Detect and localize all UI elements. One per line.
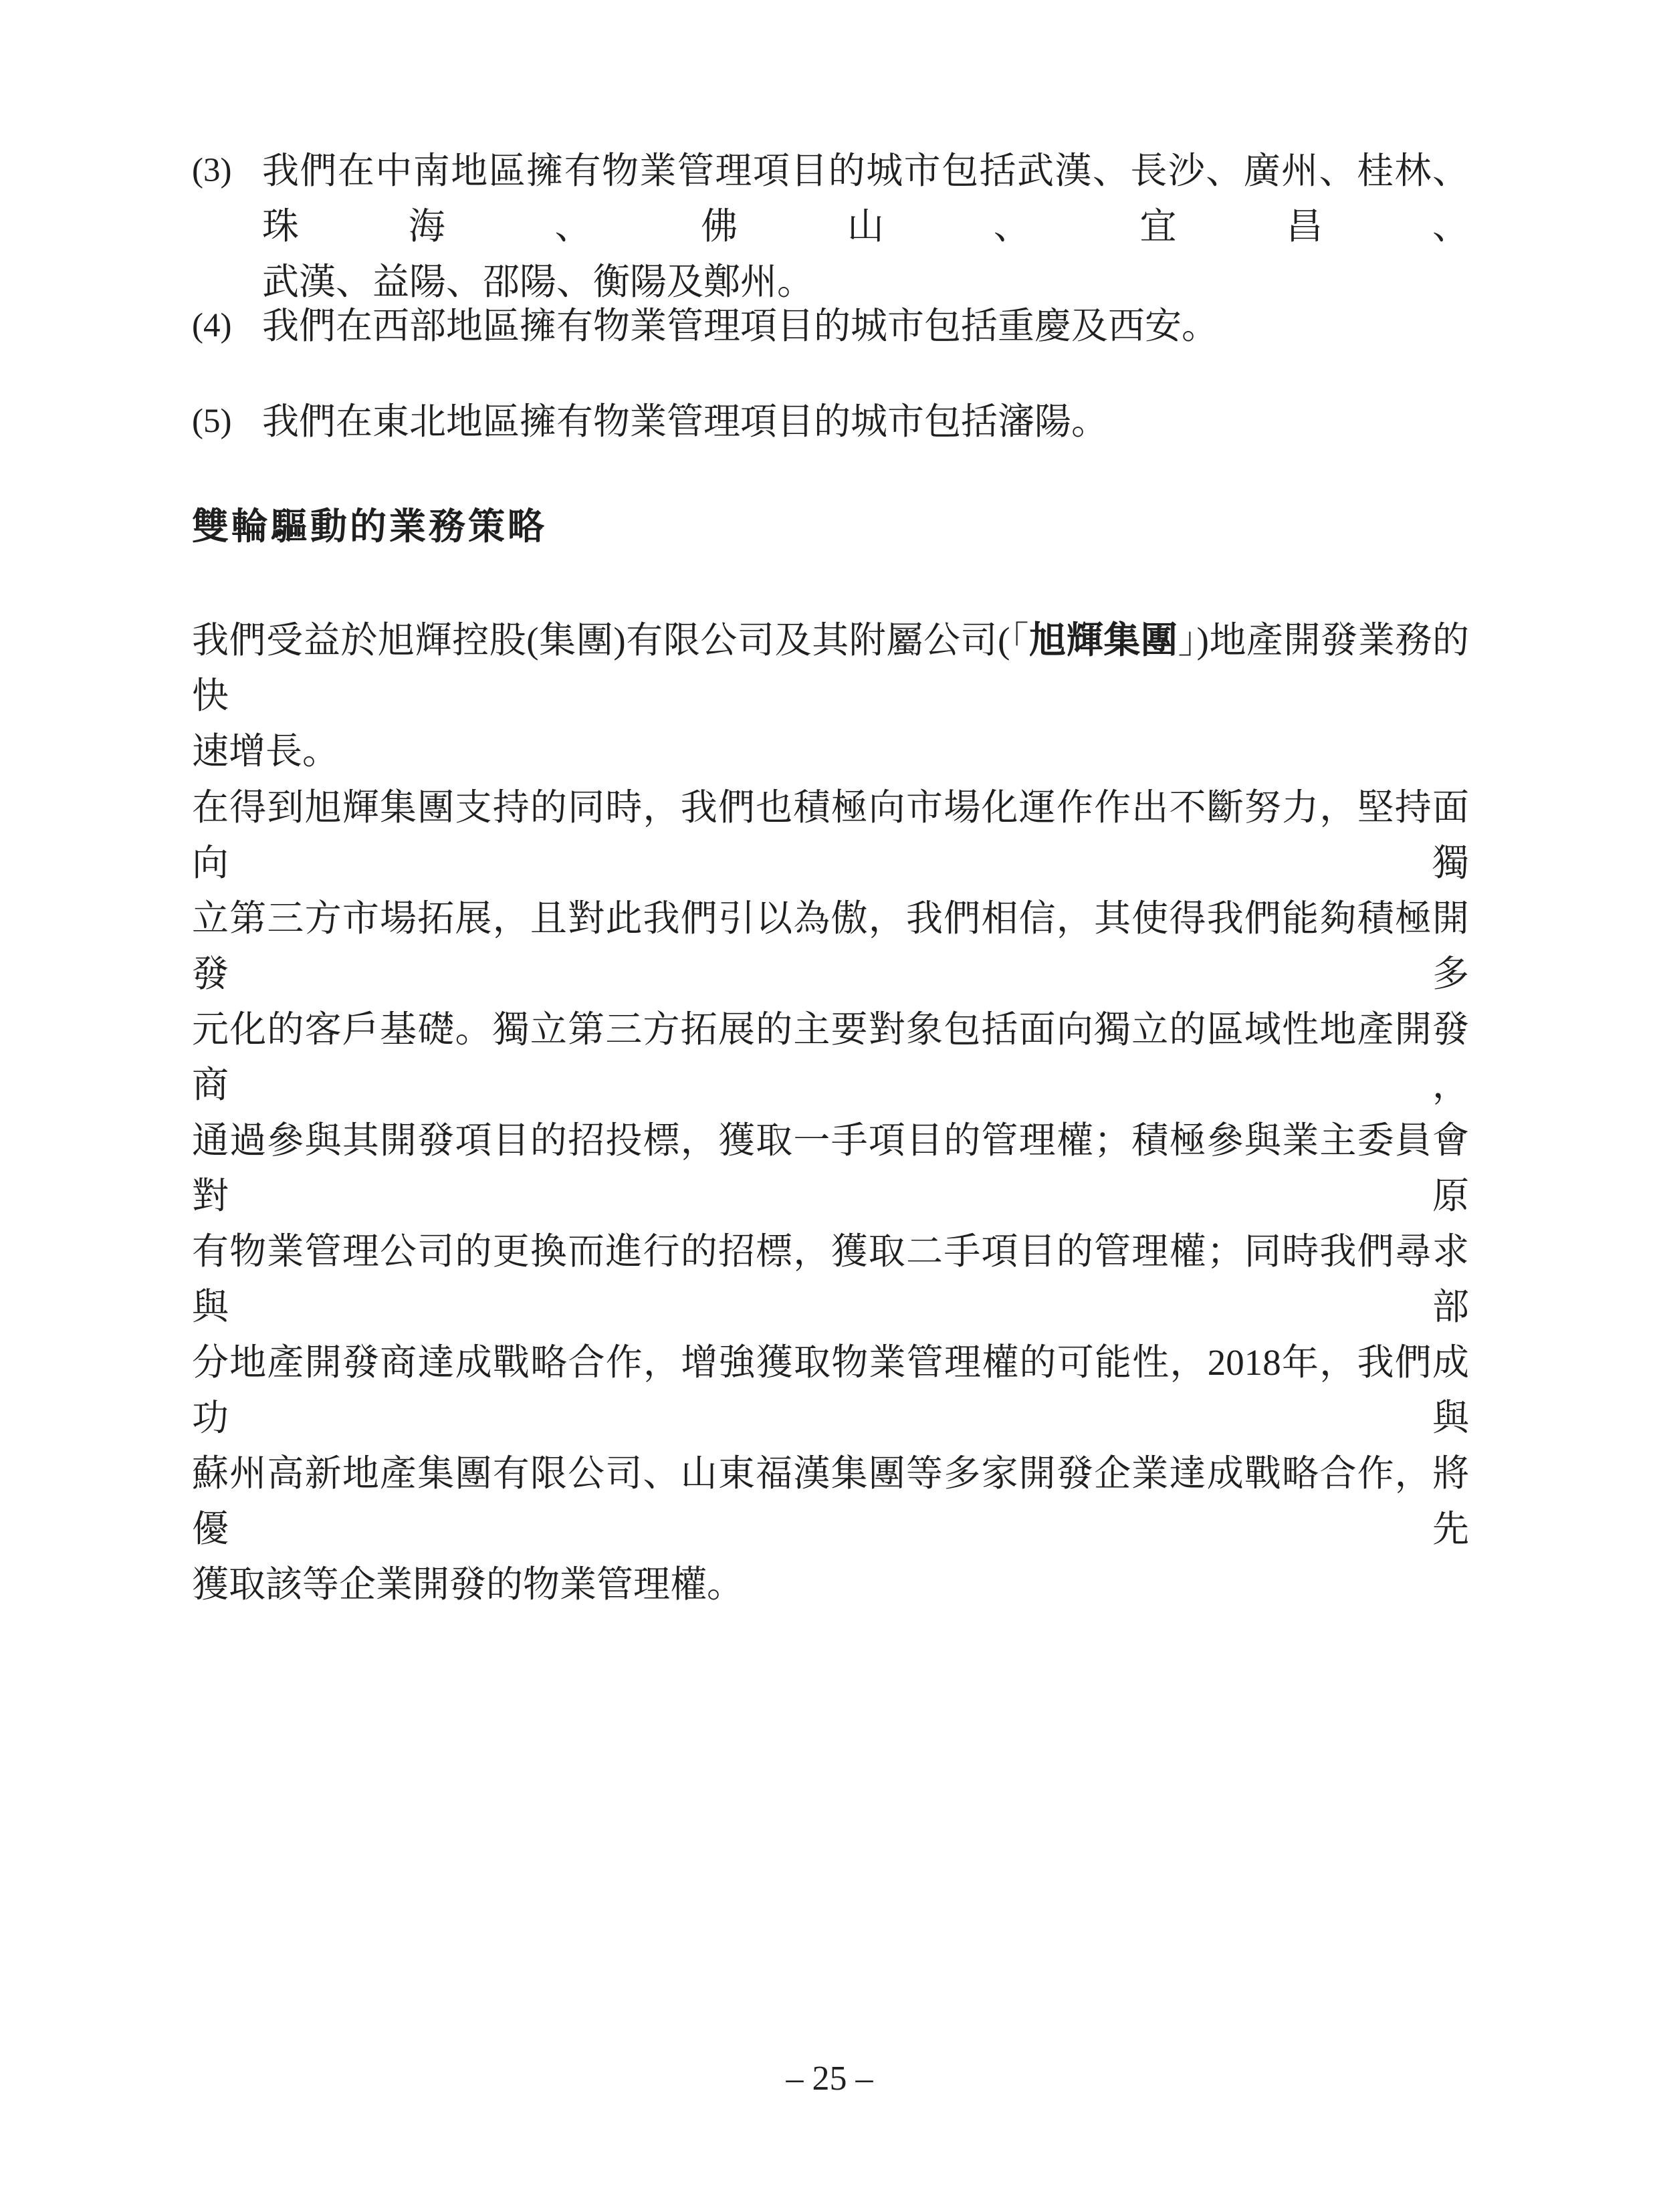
list-item-5-line-1: 我們在東北地區擁有物業管理項目的城市包括瀋陽。 <box>262 394 1469 449</box>
strategy-paragraph: 在得到旭輝集團支持的同時，我們也積極向市場化運作作出不斷努力，堅持面向獨 立第三… <box>192 780 1469 1612</box>
strategy-line-1: 在得到旭輝集團支持的同時，我們也積極向市場化運作作出不斷努力，堅持面向獨 <box>192 780 1469 891</box>
list-item-3-text: 我們在中南地區擁有物業管理項目的城市包括武漢、長沙、廣州、桂林、珠海、佛山、宜昌… <box>262 143 1469 310</box>
intro-line1-pre: 我們受益於旭輝控股(集團)有限公司及其附屬公司(「 <box>192 620 1029 661</box>
list-item-4-text: 我們在西部地區擁有物業管理項目的城市包括重慶及西安。 <box>262 298 1469 354</box>
list-item-5: (5) 我們在東北地區擁有物業管理項目的城市包括瀋陽。 <box>192 394 1469 449</box>
list-item-4: (4) 我們在西部地區擁有物業管理項目的城市包括重慶及西安。 <box>192 298 1469 354</box>
strategy-line-7: 蘇州高新地產集團有限公司、山東福漢集團等多家開發企業達成戰略合作，將優先 <box>192 1446 1469 1557</box>
list-item-4-line-1: 我們在西部地區擁有物業管理項目的城市包括重慶及西安。 <box>262 298 1469 354</box>
strategy-line-8: 獲取該等企業開發的物業管理權。 <box>192 1557 1469 1612</box>
intro-paragraph-line-1: 我們受益於旭輝控股(集團)有限公司及其附屬公司(「旭輝集團」)地產開發業務的快 <box>192 613 1469 724</box>
strategy-line-3: 元化的客戶基礎。獨立第三方拓展的主要對象包括面向獨立的區域性地產開發商， <box>192 1002 1469 1113</box>
group-name-bold: 旭輝集團 <box>1029 619 1178 661</box>
strategy-line-5: 有物業管理公司的更換而進行的招標，獲取二手項目的管理權；同時我們尋求與部 <box>192 1224 1469 1335</box>
list-marker-5: (5) <box>192 394 262 449</box>
intro-paragraph: 我們受益於旭輝控股(集團)有限公司及其附屬公司(「旭輝集團」)地產開發業務的快 … <box>192 613 1469 779</box>
list-item-5-text: 我們在東北地區擁有物業管理項目的城市包括瀋陽。 <box>262 394 1469 449</box>
list-marker-4: (4) <box>192 298 262 354</box>
strategy-line-2: 立第三方市場拓展，且對此我們引以為傲，我們相信，其使得我們能夠積極開發多 <box>192 891 1469 1002</box>
section-heading: 雙輪驅動的業務策略 <box>192 499 1469 554</box>
strategy-line-6: 分地產開發商達成戰略合作，增強獲取物業管理權的可能性，2018年，我們成功與 <box>192 1335 1469 1446</box>
strategy-line-4: 通過參與其開發項目的招投標，獲取一手項目的管理權；積極參與業主委員會對原 <box>192 1113 1469 1224</box>
document-page: (3) 我們在中南地區擁有物業管理項目的城市包括武漢、長沙、廣州、桂林、珠海、佛… <box>0 0 1659 2212</box>
page-number: – 25 – <box>0 2058 1659 2100</box>
list-marker-3: (3) <box>192 143 262 199</box>
list-item-3: (3) 我們在中南地區擁有物業管理項目的城市包括武漢、長沙、廣州、桂林、珠海、佛… <box>192 143 1469 310</box>
list-item-3-line-1: 我們在中南地區擁有物業管理項目的城市包括武漢、長沙、廣州、桂林、珠海、佛山、宜昌… <box>262 143 1469 254</box>
intro-paragraph-line-2: 速增長。 <box>192 724 1469 779</box>
